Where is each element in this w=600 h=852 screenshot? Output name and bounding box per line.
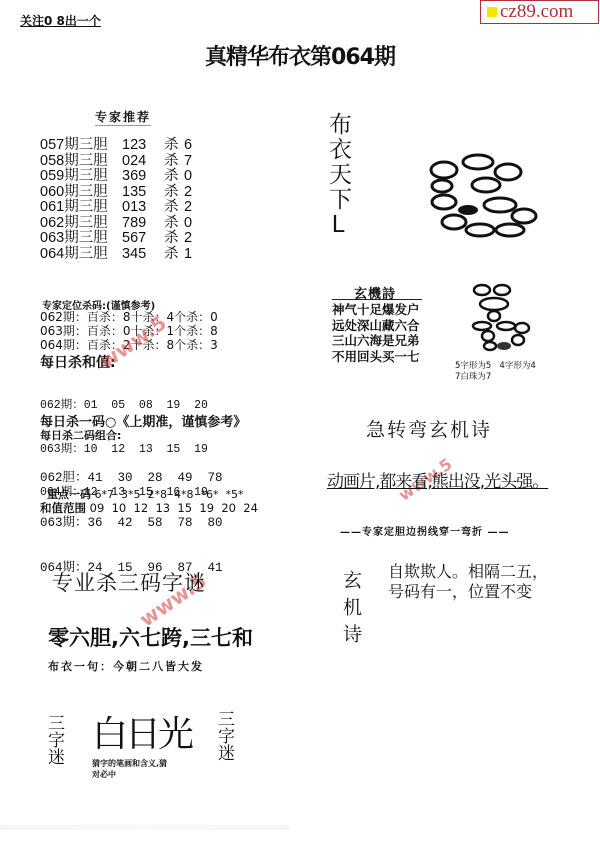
three-char-riddle-word: 白日光	[92, 706, 191, 757]
riddle-heading: 专业杀三码字谜	[52, 567, 206, 597]
riddle-answer: 零六胆,六七跨,三七和	[48, 622, 253, 652]
picks-row: 059期三胆369杀0	[40, 169, 192, 185]
three-char-riddle-right-label: 三字迷	[212, 710, 237, 761]
riddle-poem-heading: 急转弯玄机诗	[366, 415, 492, 442]
sum-range-values: 09 10 12 13 15 19 20 24	[90, 501, 258, 515]
faded-strip	[0, 825, 290, 830]
poem-line: 远处深山藏六合	[332, 318, 420, 334]
xuan-label: 玄机诗	[338, 570, 365, 651]
xuan-line: 号码有一，位置不变	[388, 582, 548, 602]
vertical-title: 布衣天下L	[325, 112, 351, 240]
poem-line: 不用回头买一七	[332, 349, 420, 365]
picks-row: 063期三胆567杀2	[40, 231, 192, 247]
three-char-riddle-note: 猜字的笔画和含义,猜对必中	[92, 758, 172, 780]
picks-row: 058期三胆024杀7	[40, 154, 192, 170]
page-title: 真精华布衣第064期	[0, 40, 600, 71]
xuan-line: 自欺欺人。相隔二五，	[388, 562, 548, 582]
three-char-riddle-left-label: 三字迷	[42, 714, 67, 765]
expert-picks-list: 057期三胆123杀6 058期三胆024杀7 059期三胆369杀0 060期…	[40, 138, 192, 262]
picks-row: 060期三胆135杀2	[40, 185, 192, 201]
position-kill-row: 062期：百杀：8十杀：4个杀：0	[40, 310, 218, 324]
budi-line: 布衣一句：今朝二八皆大发	[48, 658, 204, 674]
site-logo[interactable]: cz89.com	[480, 0, 599, 24]
poem-lines: 神气十足爆发户 远处深山藏六合 三山六海是兄弟 不用回头买一七	[332, 302, 420, 364]
poem-divider	[332, 299, 422, 300]
logo-square-icon	[487, 7, 497, 17]
bead-shape-image	[470, 282, 550, 354]
combo-row: 062胆：41 30 28 49 78	[40, 471, 223, 486]
poem-line: 三山六海是兄弟	[332, 333, 420, 349]
combo-row: 063期：36 42 58 78 80	[40, 516, 223, 531]
sum-range-label: 和值范围	[40, 501, 86, 515]
poem-line: 神气十足爆发户	[332, 302, 420, 318]
site-logo-text: cz89.com	[500, 1, 573, 23]
cartoon-line: 动画片,都来看,熊出没,光头强。	[327, 467, 548, 492]
shape-note: 5字形为5 4字形为4 7白珠为7	[455, 361, 536, 383]
top-note: 关注0 8出一个	[20, 12, 101, 29]
expert-line: ——专家定胆边拐线穿一弯折 ——	[340, 523, 509, 538]
expert-picks-heading: 专家推荐	[95, 108, 151, 126]
picks-row: 057期三胆123杀6	[40, 138, 192, 154]
picks-row: 061期三胆013杀2	[40, 200, 192, 216]
picks-row: 064期三胆345杀1	[40, 247, 192, 263]
sum-range: 和值范围 09 10 12 13 15 19 20 24	[40, 500, 258, 516]
dice-pattern-image	[420, 150, 540, 240]
xuan-poem: 自欺欺人。相隔二五， 号码有一，位置不变	[388, 562, 548, 602]
picks-row: 062期三胆789杀0	[40, 216, 192, 232]
